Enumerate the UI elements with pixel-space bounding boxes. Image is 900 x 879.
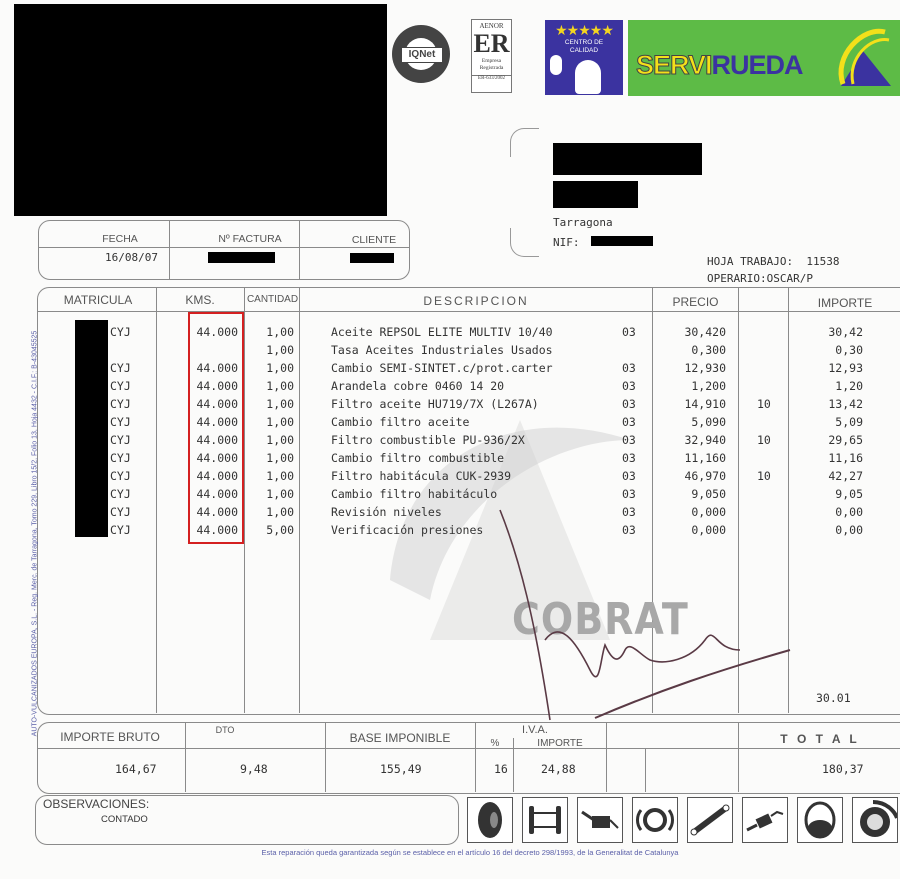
iva-label: I.V.A. (515, 724, 555, 736)
guarantee-note: Esta reparación queda garantizada según … (180, 848, 760, 857)
iva-importe-value: 24,88 (541, 762, 576, 776)
oil-can-icon (577, 797, 623, 843)
total-label: T O T A L (740, 732, 900, 746)
base-imponible-label: BASE IMPONIBLE (330, 731, 470, 745)
tire-icon (467, 797, 513, 843)
base-imponible-value: 155,49 (380, 762, 422, 776)
motorcycle-wheel-icon (852, 797, 898, 843)
shock-absorber-icon (687, 797, 733, 843)
axle-alignment-icon (522, 797, 568, 843)
brake-icon (632, 797, 678, 843)
observaciones-value: CONTADO (101, 814, 148, 825)
iva-pct-value: 16 (494, 762, 508, 776)
observaciones-label: OBSERVACIONES: (43, 797, 149, 811)
exhaust-icon (742, 797, 788, 843)
importe-bruto-label: IMPORTE BRUTO (40, 730, 180, 744)
dto-value: 9,48 (240, 762, 268, 776)
importe-bruto-value: 164,67 (115, 762, 157, 776)
wheel-rim-icon (797, 797, 843, 843)
total-value: 180,37 (822, 762, 864, 776)
dto-label: DTO (205, 725, 245, 735)
iva-importe-label: IMPORTE (530, 738, 590, 749)
company-legal-text: AUTO-VULCANIZADOS EUROPA, S.L. - Reg. Me… (32, 304, 39, 764)
iva-pct-label: % (485, 738, 505, 749)
